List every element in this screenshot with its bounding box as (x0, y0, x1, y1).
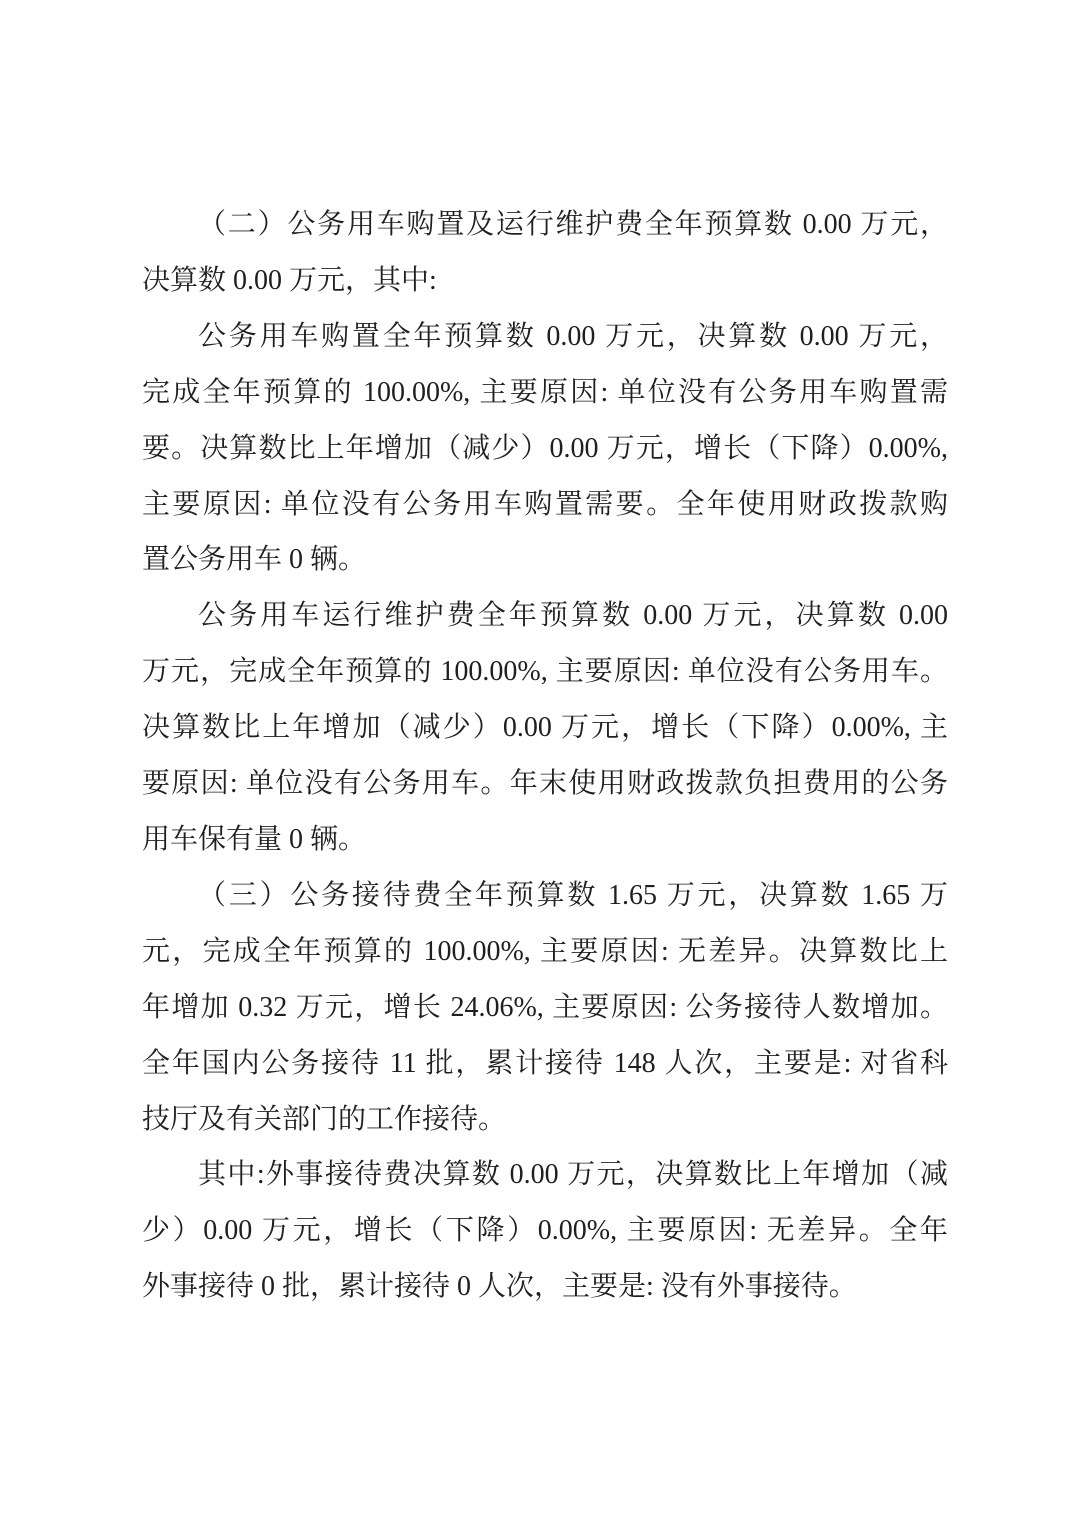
paragraph: 其中:外事接待费决算数 0.00 万元，决算数比上年增加（减少）0.00 万元，… (142, 1147, 948, 1315)
paragraph: 公务用车购置全年预算数 0.00 万元，决算数 0.00 万元，完成全年预算的 … (142, 309, 948, 589)
text-line: 全年国内公务接待 11 批，累计接待 148 人次，主要是: 对省科 (142, 1036, 948, 1092)
text-line: 少）0.00 万元，增长（下降）0.00%, 主要原因: 无差异。全年 (142, 1203, 948, 1259)
document-body: （二）公务用车购置及运行维护费全年预算数 0.00 万元，决算数 0.00 万元… (142, 197, 948, 1315)
text-line: 要。决算数比上年增加（减少）0.00 万元，增长（下降）0.00%, (142, 421, 948, 477)
text-line: 主要原因: 单位没有公务用车购置需要。全年使用财政拨款购 (142, 477, 948, 533)
text-line: 技厅及有关部门的工作接待。 (142, 1092, 948, 1148)
text-line: 年增加 0.32 万元，增长 24.06%, 主要原因: 公务接待人数增加。 (142, 980, 948, 1036)
text-line: 万元，完成全年预算的 100.00%, 主要原因: 单位没有公务用车。 (142, 644, 948, 700)
text-line: 其中:外事接待费决算数 0.00 万元，决算数比上年增加（减 (142, 1147, 948, 1203)
text-line: 外事接待 0 批，累计接待 0 人次，主要是: 没有外事接待。 (142, 1259, 948, 1315)
paragraph: 公务用车运行维护费全年预算数 0.00 万元，决算数 0.00万元，完成全年预算… (142, 588, 948, 868)
text-line: 决算数 0.00 万元，其中: (142, 253, 948, 309)
paragraph: （二）公务用车购置及运行维护费全年预算数 0.00 万元，决算数 0.00 万元… (142, 197, 948, 309)
text-line: 用车保有量 0 辆。 (142, 812, 948, 868)
text-line: 置公务用车 0 辆。 (142, 532, 948, 588)
text-line: （三）公务接待费全年预算数 1.65 万元，决算数 1.65 万 (142, 868, 948, 924)
text-line: （二）公务用车购置及运行维护费全年预算数 0.00 万元， (142, 197, 948, 253)
text-line: 公务用车购置全年预算数 0.00 万元，决算数 0.00 万元， (142, 309, 948, 365)
text-line: 公务用车运行维护费全年预算数 0.00 万元，决算数 0.00 (142, 588, 948, 644)
text-line: 决算数比上年增加（减少）0.00 万元，增长（下降）0.00%, 主 (142, 700, 948, 756)
text-line: 完成全年预算的 100.00%, 主要原因: 单位没有公务用车购置需 (142, 365, 948, 421)
text-line: 元，完成全年预算的 100.00%, 主要原因: 无差异。决算数比上 (142, 924, 948, 980)
text-line: 要原因: 单位没有公务用车。年末使用财政拨款负担费用的公务 (142, 756, 948, 812)
paragraph: （三）公务接待费全年预算数 1.65 万元，决算数 1.65 万元，完成全年预算… (142, 868, 948, 1148)
document-page: （二）公务用车购置及运行维护费全年预算数 0.00 万元，决算数 0.00 万元… (0, 0, 1074, 1520)
